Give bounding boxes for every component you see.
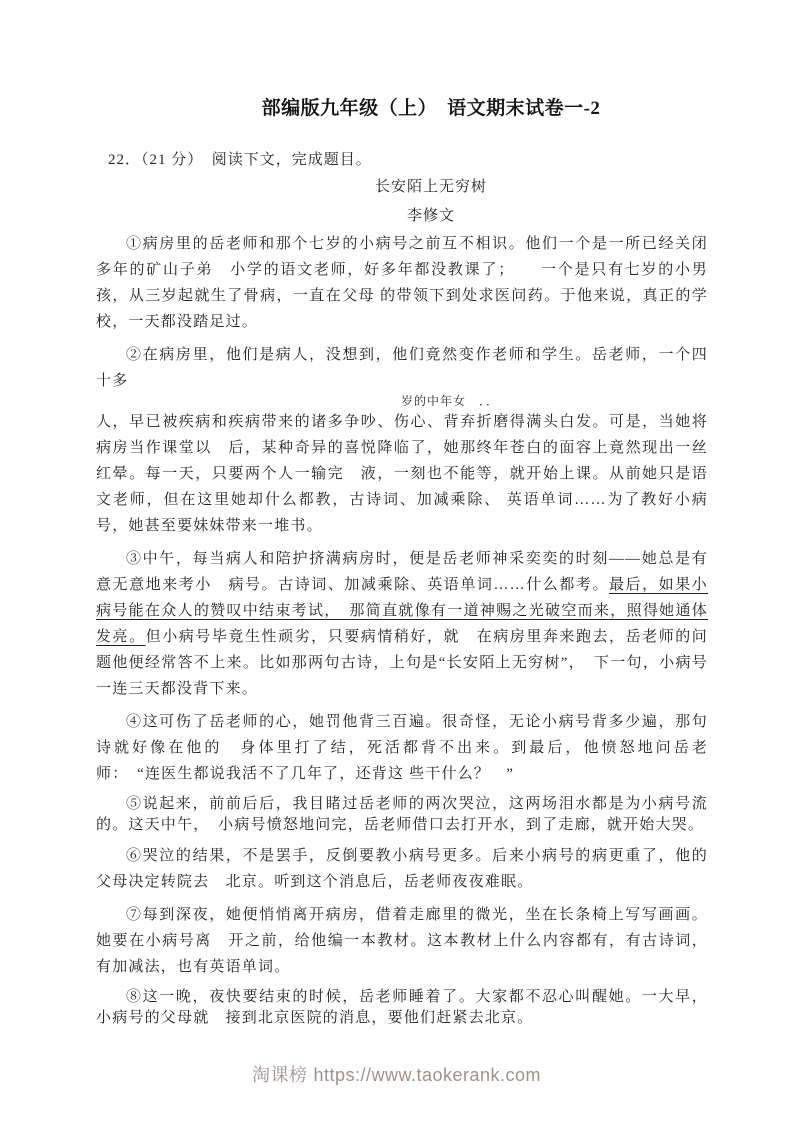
- paragraph-8-text: ⑧这一晚，夜快要结束的时候，岳老师睡着了。大家都不忍心叫醒她。一大早，小病号的父…: [96, 989, 708, 1026]
- paragraph-4-text: ④这可伤了岳老师的心，她罚他背三百遍。很奇怪，无论小病号背多少遍，那句诗就好像在…: [96, 714, 708, 782]
- paragraph-7: ⑦每到深夜，她便悄悄离开病房，借着走廊里的微光，坐在长条椅上写写画画。她要在小病…: [96, 902, 708, 980]
- paragraph-8: ⑧这一晚，夜快要结束的时候，岳老师睡着了。大家都不忍心叫醒她。一大早，小病号的父…: [96, 987, 708, 1029]
- paragraph-7-text: ⑦每到深夜，她便悄悄离开病房，借着走廊里的微光，坐在长条椅上写写画画。她要在小病…: [96, 907, 708, 975]
- paragraph-5: ⑤说起来，前前后后，我目睹过岳老师的两次哭泣，这两场泪水都是为小病号流的。这天中…: [96, 794, 708, 836]
- exam-document-page: 部编版九年级（上） 语文期末试卷一-2 22．（21 分） 阅读下文，完成题目。…: [0, 0, 793, 1122]
- paragraph-4: ④这可伤了岳老师的心，她罚他背三百遍。很奇怪，无论小病号背多少遍，那句诗就好像在…: [96, 709, 708, 787]
- watermark-footer: 淘课榜https://www.taokerank.com: [0, 1061, 793, 1087]
- paragraph-6-text: ⑥哭泣的结果，不是罢手，反倒要教小病号更多。后来小病号的病更重了，他的父母决定转…: [96, 848, 708, 890]
- article-author: 李修文: [96, 204, 708, 225]
- paragraph-1-text: ①病房里的岳老师和那个七岁的小病号之前互不相识。他们一个是一所已经关闭多年的矿山…: [96, 236, 708, 330]
- paragraph-2-inset-fragment: 岁的中年女 ．．: [96, 394, 708, 409]
- watermark-url[interactable]: https://www.taokerank.com: [313, 1065, 541, 1085]
- article-body: ①病房里的岳老师和那个七岁的小病号之前互不相识。他们一个是一所已经关闭多年的矿山…: [96, 231, 708, 1029]
- paragraph-3: ③中午，每当病人和陪护挤满病房时，便是岳老师神采奕奕的时刻——她总是有意无意地来…: [96, 546, 708, 702]
- question-22-label: 22．（21 分） 阅读下文，完成题目。: [108, 148, 372, 169]
- paragraph-1: ①病房里的岳老师和那个七岁的小病号之前互不相识。他们一个是一所已经关闭多年的矿山…: [96, 231, 708, 335]
- document-title: 部编版九年级（上） 语文期末试卷一-2: [96, 93, 708, 120]
- paragraph-5-text: ⑤说起来，前前后后，我目睹过岳老师的两次哭泣，这两场泪水都是为小病号流的。这天中…: [96, 796, 708, 833]
- paragraph-3-post: 但小病号毕竟生性顽劣，只要病情稍好，就 在病房里奔来跑去，岳老师的问题他便经常答…: [96, 629, 708, 697]
- paragraph-2-rest: 人，早已被疾病和疾病带来的诸多争吵、伤心、背弃折磨得满头白发。可是，当她将病房当…: [96, 414, 708, 534]
- watermark-site-name: 淘课榜: [252, 1065, 308, 1085]
- article-title: 长安陌上无穷树: [96, 175, 708, 196]
- paragraph-2: ②在病房里，他们是病人，没想到，他们竟然变作老师和学生。岳老师，一个四十多 岁的…: [96, 342, 708, 539]
- paragraph-6: ⑥哭泣的结果，不是罢手，反倒要教小病号更多。后来小病号的病更重了，他的父母决定转…: [96, 843, 708, 895]
- paragraph-2-line1: ②在病房里，他们是病人，没想到，他们竟然变作老师和学生。岳老师，一个四十多: [96, 347, 708, 389]
